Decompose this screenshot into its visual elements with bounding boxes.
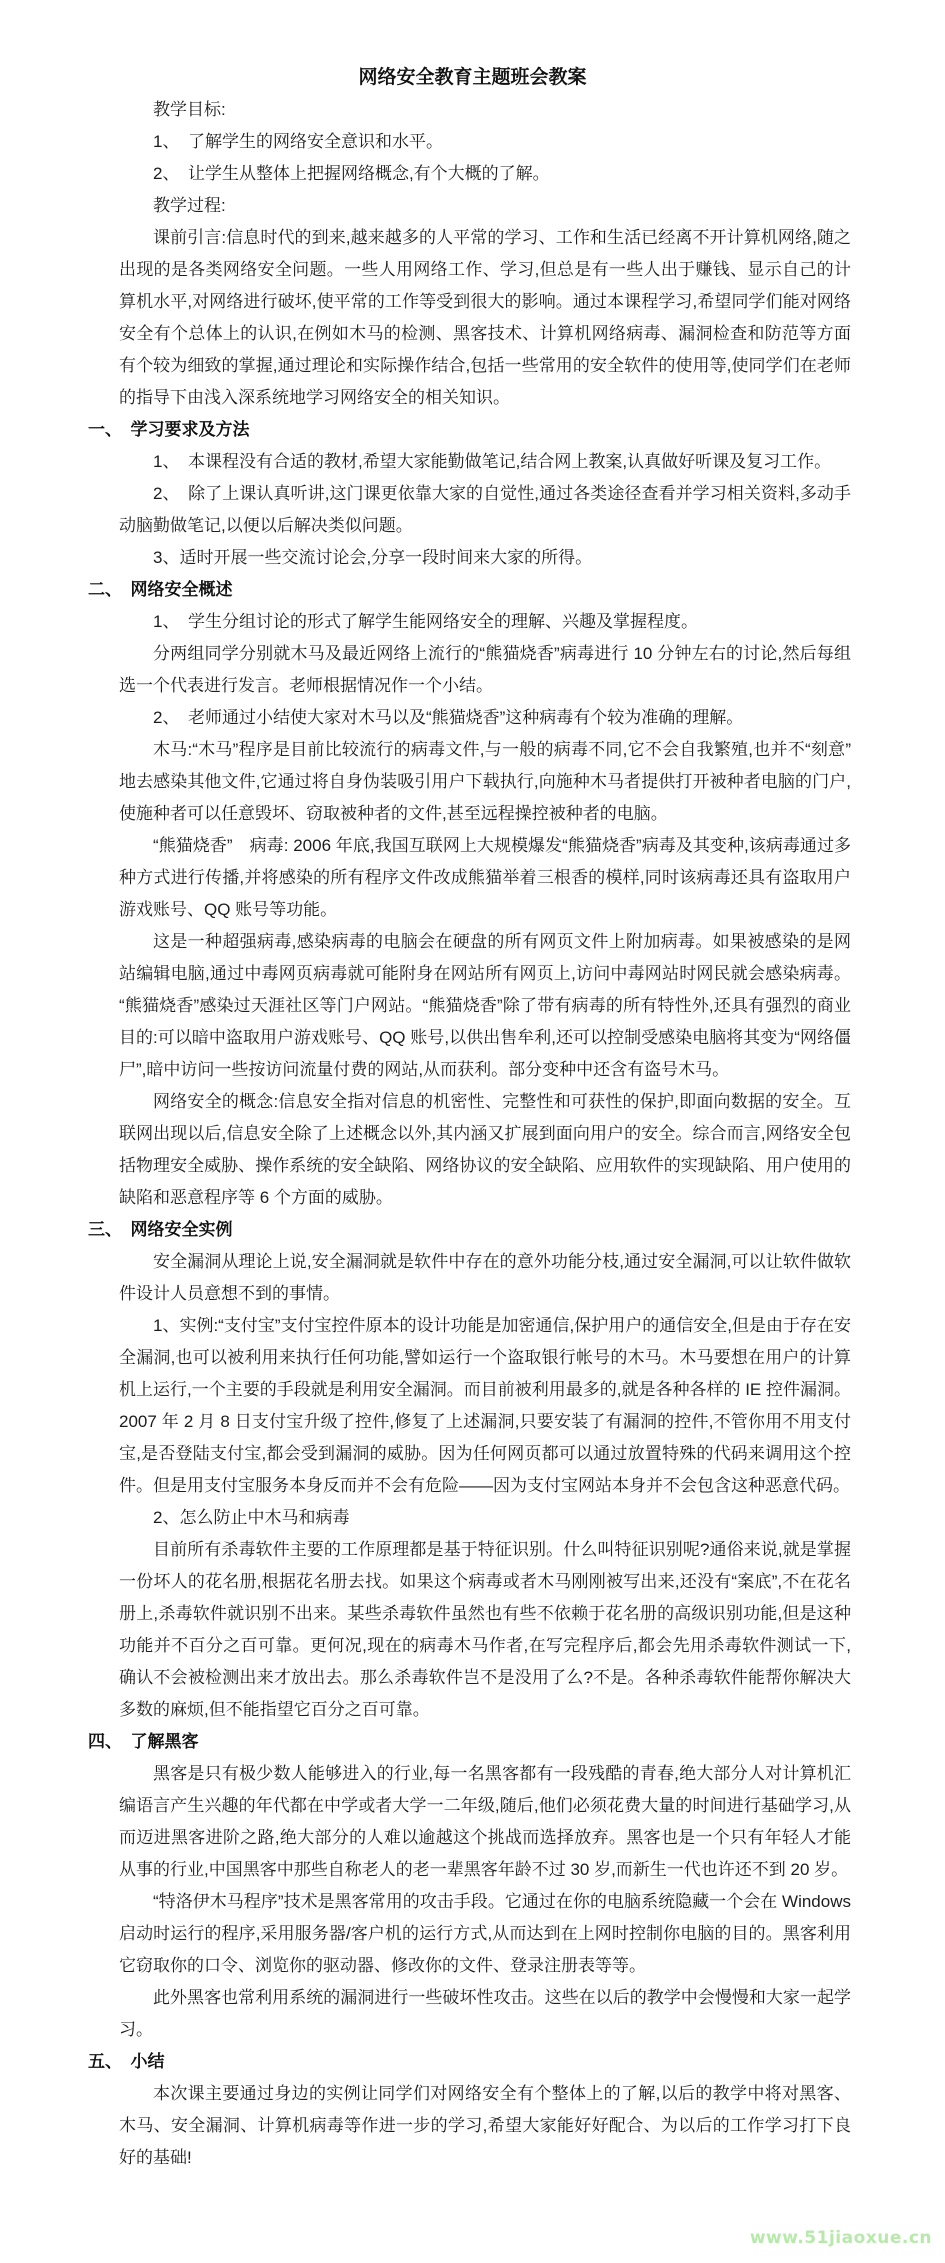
list-item-requirement-1: 1、 本课程没有合适的教材,希望大家能勤做笔记,结合网上教案,认真做好听课及复习…	[119, 446, 851, 478]
paragraph-security-concept: 网络安全的概念:信息安全指对信息的机密性、完整性和可获性的保护,即面向数据的安全…	[119, 1086, 851, 1214]
paragraph-alipay-example: 1、实例:“支付宝”支付宝控件原本的设计功能是加密通信,保护用户的通信安全,但是…	[119, 1310, 851, 1502]
section-heading-2-overview: 二、 网络安全概述	[88, 574, 851, 606]
paragraph-hacker-industry: 黑客是只有极少数人能够进入的行业,每一名黑客都有一段残酷的青春,绝大部分人对计算…	[119, 1758, 851, 1886]
paragraph-group-discussion: 分两组同学分别就木马及最近网络上流行的“熊猫烧香”病毒进行 10 分钟左右的讨论…	[119, 638, 851, 702]
paragraph-trojan-technique: “特洛伊木马程序”技术是黑客常用的攻击手段。它通过在你的电脑系统隐藏一个会在 W…	[119, 1886, 851, 1982]
paragraph-vulnerability-definition: 安全漏洞从理论上说,安全漏洞就是软件中存在的意外功能分枝,通过安全漏洞,可以让软…	[119, 1246, 851, 1310]
paragraph-teaching-process-label: 教学过程:	[119, 190, 851, 222]
list-item-requirement-3: 3、适时开展一些交流讨论会,分享一段时间来大家的所得。	[119, 542, 851, 574]
paragraph-hacker-attacks: 此外黑客也常利用系统的漏洞进行一些破坏性攻击。这些在以后的教学中会慢慢和大家一起…	[119, 1982, 851, 2046]
paragraph-prevention-label: 2、怎么防止中木马和病毒	[119, 1502, 851, 1534]
section-heading-5-summary: 五、 小结	[88, 2046, 851, 2078]
paragraph-antivirus-principle: 目前所有杀毒软件主要的工作原理都是基于特征识别。什么叫特征识别呢?通俗来说,就是…	[119, 1534, 851, 1726]
paragraph-intro: 课前引言:信息时代的到来,越来越多的人平常的学习、工作和生活已经离不开计算机网络…	[119, 222, 851, 414]
document-page: 网络安全教育主题班会教案 教学目标: 1、 了解学生的网络安全意识和水平。 2、…	[0, 0, 945, 2263]
paragraph-trojan-definition: 木马:“木马”程序是目前比较流行的病毒文件,与一般的病毒不同,它不会自我繁殖,也…	[119, 734, 851, 830]
list-item-goal-1: 1、 了解学生的网络安全意识和水平。	[119, 126, 851, 158]
list-item-requirement-2: 2、 除了上课认真听讲,这门课更依靠大家的自觉性,通过各类途径查看并学习相关资料…	[119, 478, 851, 542]
list-item-teacher-summary: 2、 老师通过小结使大家对木马以及“熊猫烧香”这种病毒有个较为准确的理解。	[119, 702, 851, 734]
paragraph-teaching-goals-label: 教学目标:	[119, 94, 851, 126]
paragraph-panda-virus: “熊猫烧香” 病毒: 2006 年底,我国互联网上大规模爆发“熊猫烧香”病毒及其…	[119, 830, 851, 926]
list-item-goal-2: 2、 让学生从整体上把握网络概念,有个大概的了解。	[119, 158, 851, 190]
watermark: www.51jiaoxue.cn	[750, 2228, 932, 2248]
section-heading-1-requirements: 一、 学习要求及方法	[88, 414, 851, 446]
document-title: 网络安全教育主题班会教案	[0, 0, 945, 94]
section-heading-4-hackers: 四、 了解黑客	[88, 1726, 851, 1758]
document-body: 教学目标: 1、 了解学生的网络安全意识和水平。 2、 让学生从整体上把握网络概…	[88, 94, 851, 2174]
paragraph-summary: 本次课主要通过身边的实例让同学们对网络安全有个整体上的了解,以后的教学中将对黑客…	[119, 2078, 851, 2174]
paragraph-panda-virus-detail: 这是一种超强病毒,感染病毒的电脑会在硬盘的所有网页文件上附加病毒。如果被感染的是…	[119, 926, 851, 1086]
section-heading-3-examples: 三、 网络安全实例	[88, 1214, 851, 1246]
list-item-discussion: 1、 学生分组讨论的形式了解学生能网络安全的理解、兴趣及掌握程度。	[119, 606, 851, 638]
